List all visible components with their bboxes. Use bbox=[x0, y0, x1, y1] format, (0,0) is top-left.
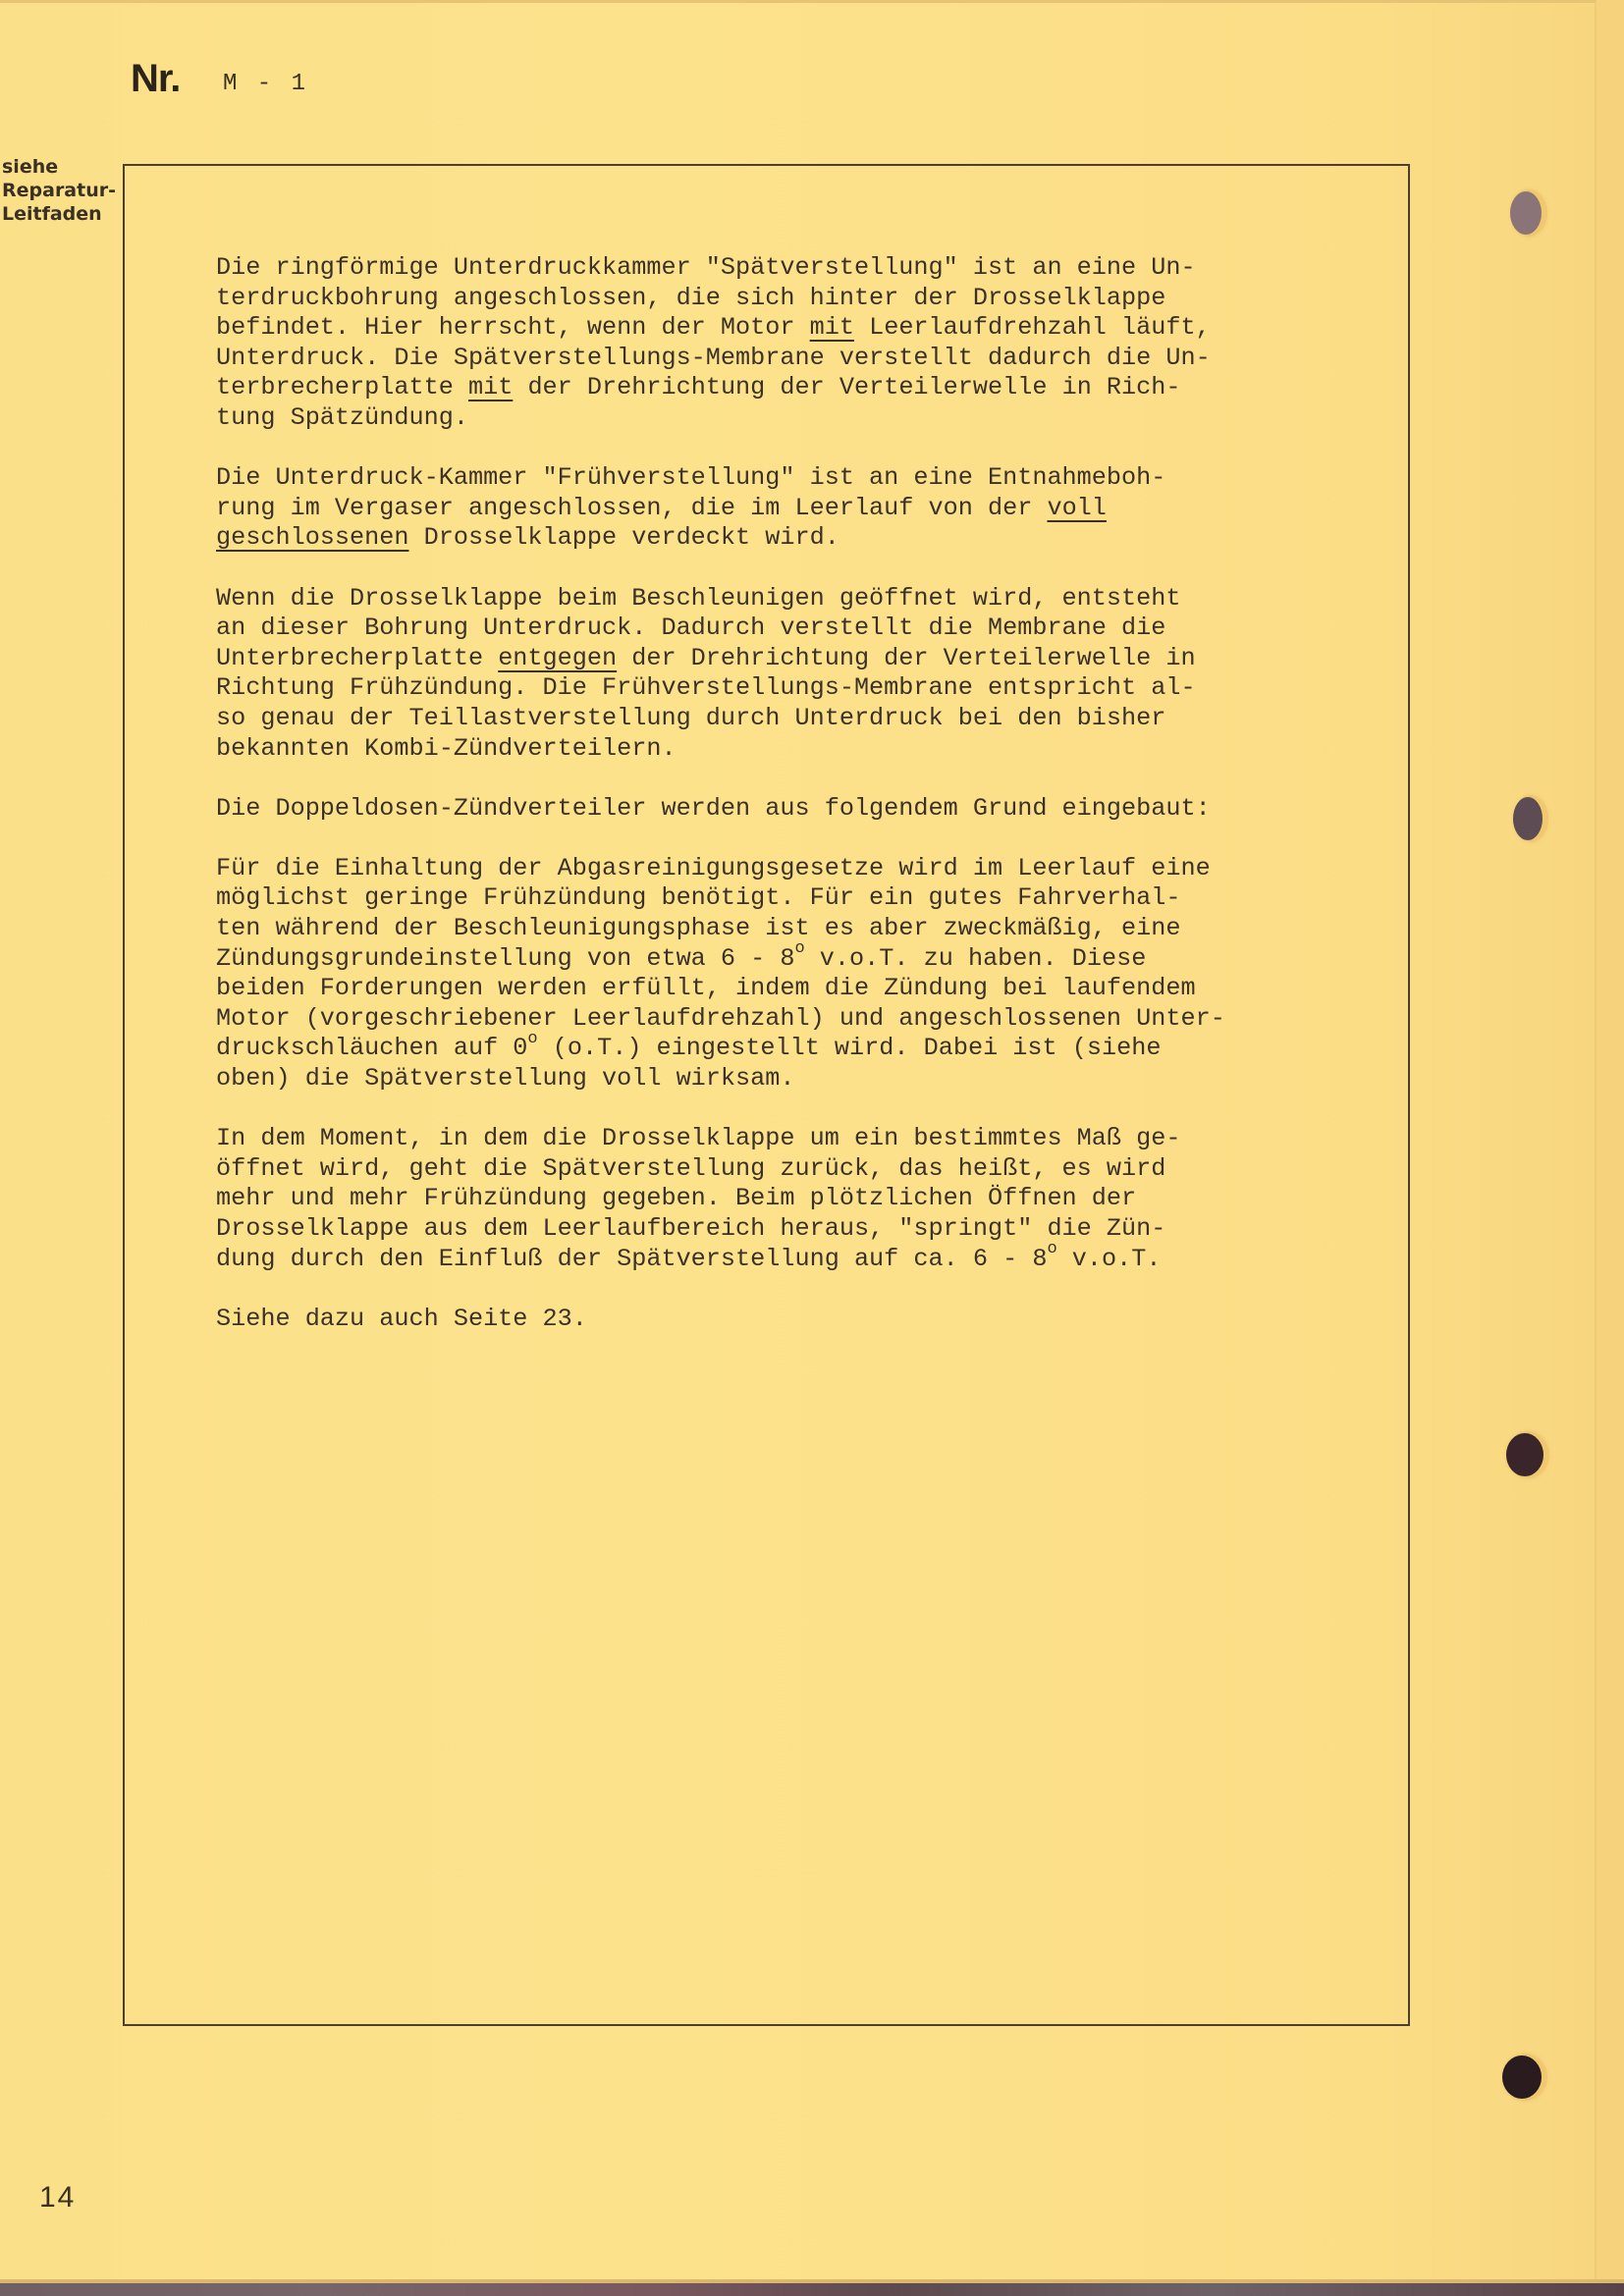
text-line: oben) die Spätverstellung voll wirksam. bbox=[216, 1064, 1335, 1095]
text-line: Unterbrecherplatte entgegen der Drehrich… bbox=[216, 644, 1335, 674]
text-line: Richtung Frühzündung. Die Frühverstellun… bbox=[216, 673, 1335, 704]
text-line: öffnet wird, geht die Spätverstellung zu… bbox=[216, 1154, 1335, 1185]
text-line: befindet. Hier herrscht, wenn der Motor … bbox=[216, 313, 1335, 344]
text-line: Die Doppeldosen-Zündverteiler werden aus… bbox=[216, 794, 1335, 825]
text-line: tung Spätzündung. bbox=[216, 403, 1335, 434]
text-line: druckschläuchen auf 0o (o.T.) eingestell… bbox=[216, 1034, 1335, 1064]
punch-hole-icon bbox=[1502, 2056, 1542, 2099]
punch-hole-icon bbox=[1513, 797, 1543, 840]
text-line: Siehe dazu auch Seite 23. bbox=[216, 1305, 1335, 1335]
text-line: Motor (vorgeschriebener Leerlaufdrehzahl… bbox=[216, 1004, 1335, 1035]
text-line: In dem Moment, in dem die Drosselklappe … bbox=[216, 1124, 1335, 1154]
text-line: Unterdruck. Die Spätverstellungs-Membran… bbox=[216, 344, 1335, 374]
text-line: Zündungsgrundeinstellung von etwa 6 - 8o… bbox=[216, 944, 1335, 975]
page-top-edge bbox=[0, 0, 1624, 3]
paragraph: In dem Moment, in dem die Drosselklappe … bbox=[216, 1124, 1335, 1274]
header-nr-label: Nr. bbox=[131, 57, 180, 101]
paragraph: Die ringförmige Unterdruckkammer "Spätve… bbox=[216, 253, 1335, 434]
margin-note-line: siehe bbox=[2, 155, 116, 179]
text-line: an dieser Bohrung Unterdruck. Dadurch ve… bbox=[216, 614, 1335, 644]
text-line: so genau der Teillastverstellung durch U… bbox=[216, 704, 1335, 734]
text-line: mehr und mehr Frühzündung gegeben. Beim … bbox=[216, 1184, 1335, 1214]
scanner-background-strip bbox=[0, 2283, 1624, 2296]
text-line: Drosselklappe aus dem Leerlaufbereich he… bbox=[216, 1214, 1335, 1245]
text-line: Wenn die Drosselklappe beim Beschleunige… bbox=[216, 584, 1335, 614]
punch-hole-icon bbox=[1506, 1433, 1543, 1476]
binder-strip bbox=[1597, 0, 1624, 2283]
text-line: Die Unterdruck-Kammer "Frühverstellung" … bbox=[216, 463, 1335, 494]
body-text: Die ringförmige Unterdruckkammer "Spätve… bbox=[216, 253, 1335, 1364]
text-line: beiden Forderungen werden erfüllt, indem… bbox=[216, 974, 1335, 1004]
margin-note: siehe Reparatur- Leitfaden bbox=[2, 155, 116, 226]
punch-hole-icon bbox=[1510, 191, 1542, 235]
text-line: terdruckbohrung angeschlossen, die sich … bbox=[216, 284, 1335, 314]
text-line: möglichst geringe Frühzündung benötigt. … bbox=[216, 883, 1335, 914]
text-line: rung im Vergaser angeschlossen, die im L… bbox=[216, 494, 1335, 524]
text-line: terbrecherplatte mit der Drehrichtung de… bbox=[216, 373, 1335, 403]
text-line: geschlossenen Drosselklappe verdeckt wir… bbox=[216, 523, 1335, 554]
paragraph: Wenn die Drosselklappe beim Beschleunige… bbox=[216, 584, 1335, 765]
paragraph: Für die Einhaltung der Abgasreinigungsge… bbox=[216, 854, 1335, 1095]
text-line: Für die Einhaltung der Abgasreinigungsge… bbox=[216, 854, 1335, 884]
document-code: M - 1 bbox=[223, 71, 305, 97]
text-line: Die ringförmige Unterdruckkammer "Spätve… bbox=[216, 253, 1335, 284]
margin-note-line: Leitfaden bbox=[2, 202, 116, 226]
margin-note-line: Reparatur- bbox=[2, 179, 116, 202]
paragraph: Die Doppeldosen-Zündverteiler werden aus… bbox=[216, 794, 1335, 825]
page-number: 14 bbox=[39, 2181, 76, 2215]
text-line: dung durch den Einfluß der Spätverstellu… bbox=[216, 1245, 1335, 1275]
paragraph: Siehe dazu auch Seite 23. bbox=[216, 1305, 1335, 1335]
paragraph: Die Unterdruck-Kammer "Frühverstellung" … bbox=[216, 463, 1335, 554]
text-line: bekannten Kombi-Zündverteilern. bbox=[216, 734, 1335, 765]
document-page: Nr. M - 1 siehe Reparatur- Leitfaden Die… bbox=[0, 0, 1624, 2283]
text-line: ten während der Beschleunigungsphase ist… bbox=[216, 914, 1335, 944]
